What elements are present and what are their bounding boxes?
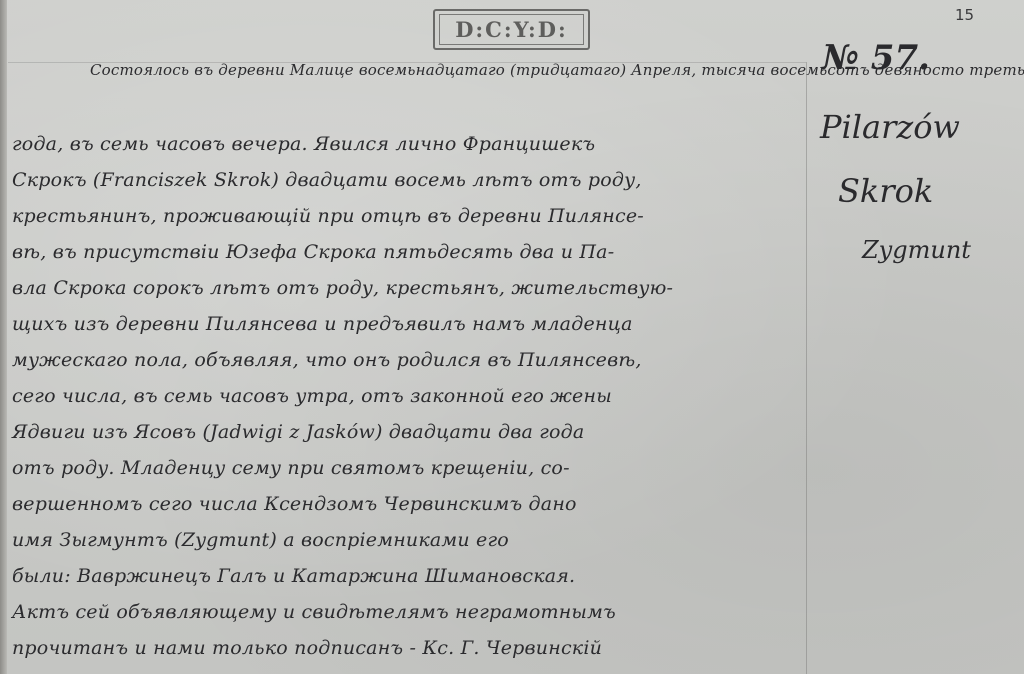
record-line-2: года, въ семь часовъ вечера. Явился личн… [12,126,595,162]
record-line-13: имя Зыгмунтъ (Zygmunt) а воспріемниками … [12,522,509,558]
record-line-14: были: Вавржинецъ Галъ и Катаржина Шимано… [12,558,575,594]
margin-rule-line [806,62,807,674]
record-line-9: сего числа, въ семь часовъ утра, отъ зак… [12,378,612,414]
record-line-7: щихъ изъ деревни Пилянсева и предъявилъ … [12,306,633,342]
record-line-12: вершенномъ сего числа Ксендзомъ Червинск… [12,486,577,522]
record-line-1: Состоялось въ деревни Малице восемьнадца… [90,52,1024,88]
record-line-6: вла Скрока сорокъ лѣтъ отъ роду, крестья… [12,270,673,306]
record-line-10: Ядвиги изъ Ясовъ (Jadwigi z Jasków) двад… [12,414,584,450]
archive-stamp: D:C:Y:D: [433,9,590,50]
record-line-8: мужескаго пола, объявляя, что онъ родилс… [12,342,642,378]
record-line-4: крестьянинъ, проживающій при отцѣ въ дер… [12,198,644,234]
margin-surname: Skrok [838,172,933,210]
page-number: 15 [955,6,974,24]
record-line-5: вѣ, въ присутствіи Юзефа Скрока пятьдеся… [12,234,614,270]
record-line-16: прочитанъ и нами только подписанъ - Кс. … [12,630,602,666]
margin-village-name: Pilarzów [820,108,960,146]
record-line-11: отъ роду. Младенцу сему при святомъ крещ… [12,450,570,486]
margin-given-name: Zygmunt [862,236,971,264]
page-edge [0,0,7,674]
record-line-3: Скрокъ (Franciszek Skrok) двадцати восем… [12,162,642,198]
archive-stamp-text: D:C:Y:D: [439,14,584,45]
record-line-15: Актъ сей объявляющему и свидѣтелямъ негр… [12,594,616,630]
